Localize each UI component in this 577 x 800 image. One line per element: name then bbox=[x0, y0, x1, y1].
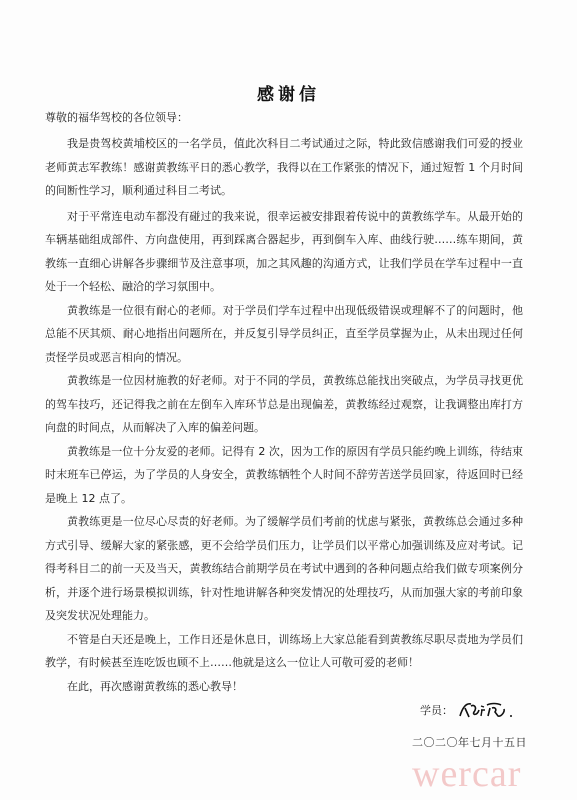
letter-date: 二〇二〇年七月十五日 bbox=[412, 734, 527, 750]
signature-block: 学员： 二〇二〇年七月十五日 bbox=[420, 700, 527, 750]
watermark: wercar bbox=[412, 752, 521, 796]
paragraph: 黄教练是一位十分友爱的老师。记得有 2 次，因为工作的原因有学员只能约晚上训练，… bbox=[45, 440, 523, 511]
letter-page: 感谢信 尊敬的福华驾校的各位领导： 我是贵驾校黄埔校区的一名学员，值此次科目二考… bbox=[0, 0, 577, 800]
signature-row: 学员： bbox=[420, 700, 527, 720]
handwritten-signature-icon bbox=[457, 700, 515, 720]
paragraph: 黄教练是一位很有耐心的老师。对于学员们学车过程中出现低级错误或理解不了的问题时，… bbox=[45, 299, 523, 370]
letter-title: 感谢信 bbox=[0, 80, 577, 105]
signature-label: 学员： bbox=[420, 702, 453, 718]
paragraph: 黄教练更是一位尽心尽责的好老师。为了缓解学员们考前的忧虑与紧张，黄教练总会通过多… bbox=[45, 510, 523, 628]
paragraph: 黄教练是一位因材施教的好老师。对于不同的学员，黄教练总能找出突破点，为学员寻找更… bbox=[45, 369, 523, 440]
letter-body: 我是贵驾校黄埔校区的一名学员，值此次科目二考试通过之际，特此致信感谢我们可爱的授… bbox=[45, 132, 523, 698]
paragraph: 不管是白天还是晚上，工作日还是休息日，训练场上大家总能看到黄教练尽职尽责地为学员… bbox=[45, 628, 523, 675]
paragraph: 在此，再次感谢黄教练的悉心教导！ bbox=[45, 675, 523, 699]
paragraph: 我是贵驾校黄埔校区的一名学员，值此次科目二考试通过之际，特此致信感谢我们可爱的授… bbox=[45, 132, 523, 203]
paragraph: 对于平常连电动车都没有碰过的我来说，很幸运被安排跟着传说中的黄教练学车。从最开始… bbox=[45, 205, 523, 299]
salutation: 尊敬的福华驾校的各位领导： bbox=[45, 109, 188, 125]
